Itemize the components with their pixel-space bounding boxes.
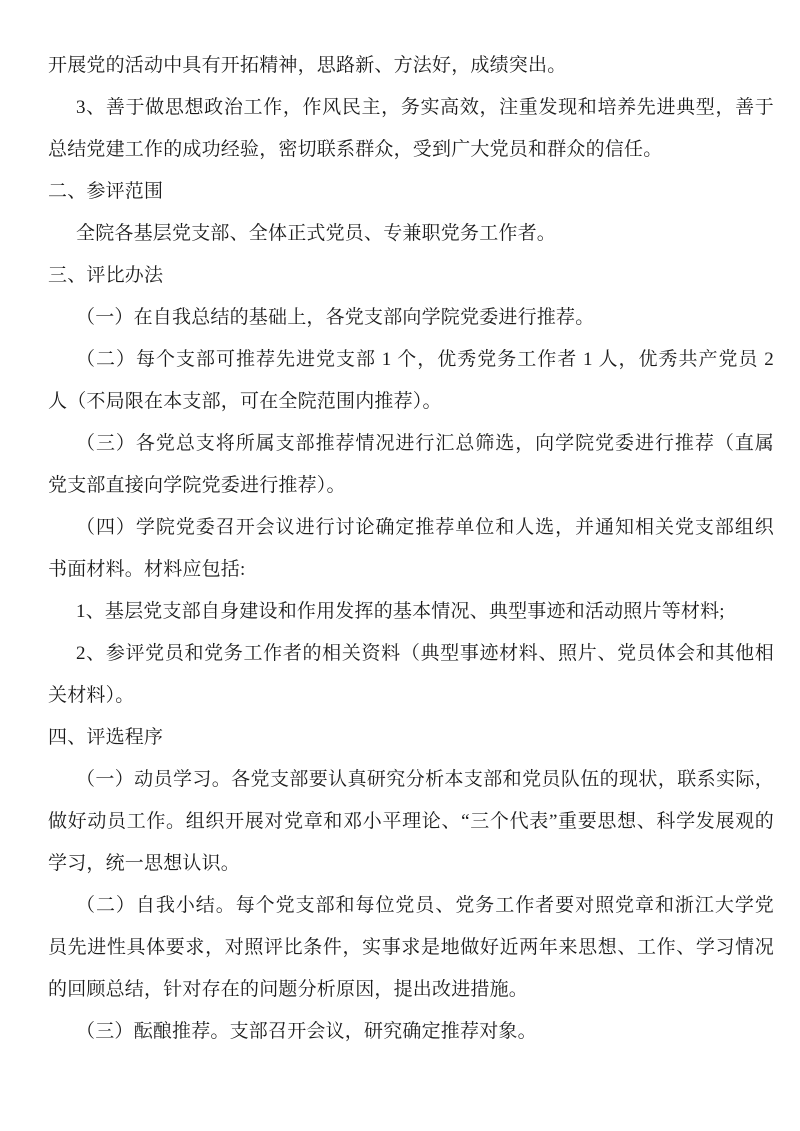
text-line: （一）在自我总结的基础上，各党支部向学院党委进行推荐。 — [48, 297, 774, 339]
text-line: （二）自我小结。每个党支部和每位党员、党务工作者要对照党章和浙江大学党 — [48, 885, 774, 927]
text-line: （二）每个支部可推荐先进党支部 1 个，优秀党务工作者 1 人，优秀共产党员 2 — [48, 339, 774, 381]
text-line: 党支部直接向学院党委进行推荐）。 — [48, 465, 774, 507]
text-line: （三）酝酿推荐。支部召开会议，研究确定推荐对象。 — [48, 1011, 774, 1053]
text-line: 全院各基层党支部、全体正式党员、专兼职党务工作者。 — [48, 213, 774, 255]
text-line: 1、基层党支部自身建设和作用发挥的基本情况、典型事迹和活动照片等材料; — [48, 591, 774, 633]
text-line: 总结党建工作的成功经验，密切联系群众，受到广大党员和群众的信任。 — [48, 129, 774, 171]
text-line: 的回顾总结，针对存在的问题分析原因，提出改进措施。 — [48, 969, 774, 1011]
text-line: 做好动员工作。组织开展对党章和邓小平理论、“三个代表”重要思想、科学发展观的 — [48, 801, 774, 843]
text-line: （一）动员学习。各党支部要认真研究分析本支部和党员队伍的现状，联系实际， — [48, 759, 774, 801]
text-line: 学习，统一思想认识。 — [48, 843, 774, 885]
text-line: 员先进性具体要求，对照评比条件，实事求是地做好近两年来思想、工作、学习情况 — [48, 927, 774, 969]
document-page: 开展党的活动中具有开拓精神，思路新、方法好，成绩突出。3、善于做思想政治工作，作… — [0, 0, 800, 1131]
section-heading: 三、评比办法 — [48, 255, 774, 297]
text-line: 3、善于做思想政治工作，作风民主，务实高效，注重发现和培养先进典型，善于 — [48, 87, 774, 129]
text-line: （三）各党总支将所属支部推荐情况进行汇总筛选，向学院党委进行推荐（直属 — [48, 423, 774, 465]
text-line: 2、参评党员和党务工作者的相关资料（典型事迹材料、照片、党员体会和其他相 — [48, 633, 774, 675]
text-line: （四）学院党委召开会议进行讨论确定推荐单位和人选，并通知相关党支部组织 — [48, 507, 774, 549]
section-heading: 四、评选程序 — [48, 717, 774, 759]
text-line: 开展党的活动中具有开拓精神，思路新、方法好，成绩突出。 — [48, 45, 774, 87]
text-line: 书面材料。材料应包括: — [48, 549, 774, 591]
text-line: 关材料）。 — [48, 675, 774, 717]
section-heading: 二、参评范围 — [48, 171, 774, 213]
text-line: 人（不局限在本支部，可在全院范围内推荐）。 — [48, 381, 774, 423]
document-body: 开展党的活动中具有开拓精神，思路新、方法好，成绩突出。3、善于做思想政治工作，作… — [48, 45, 774, 1053]
